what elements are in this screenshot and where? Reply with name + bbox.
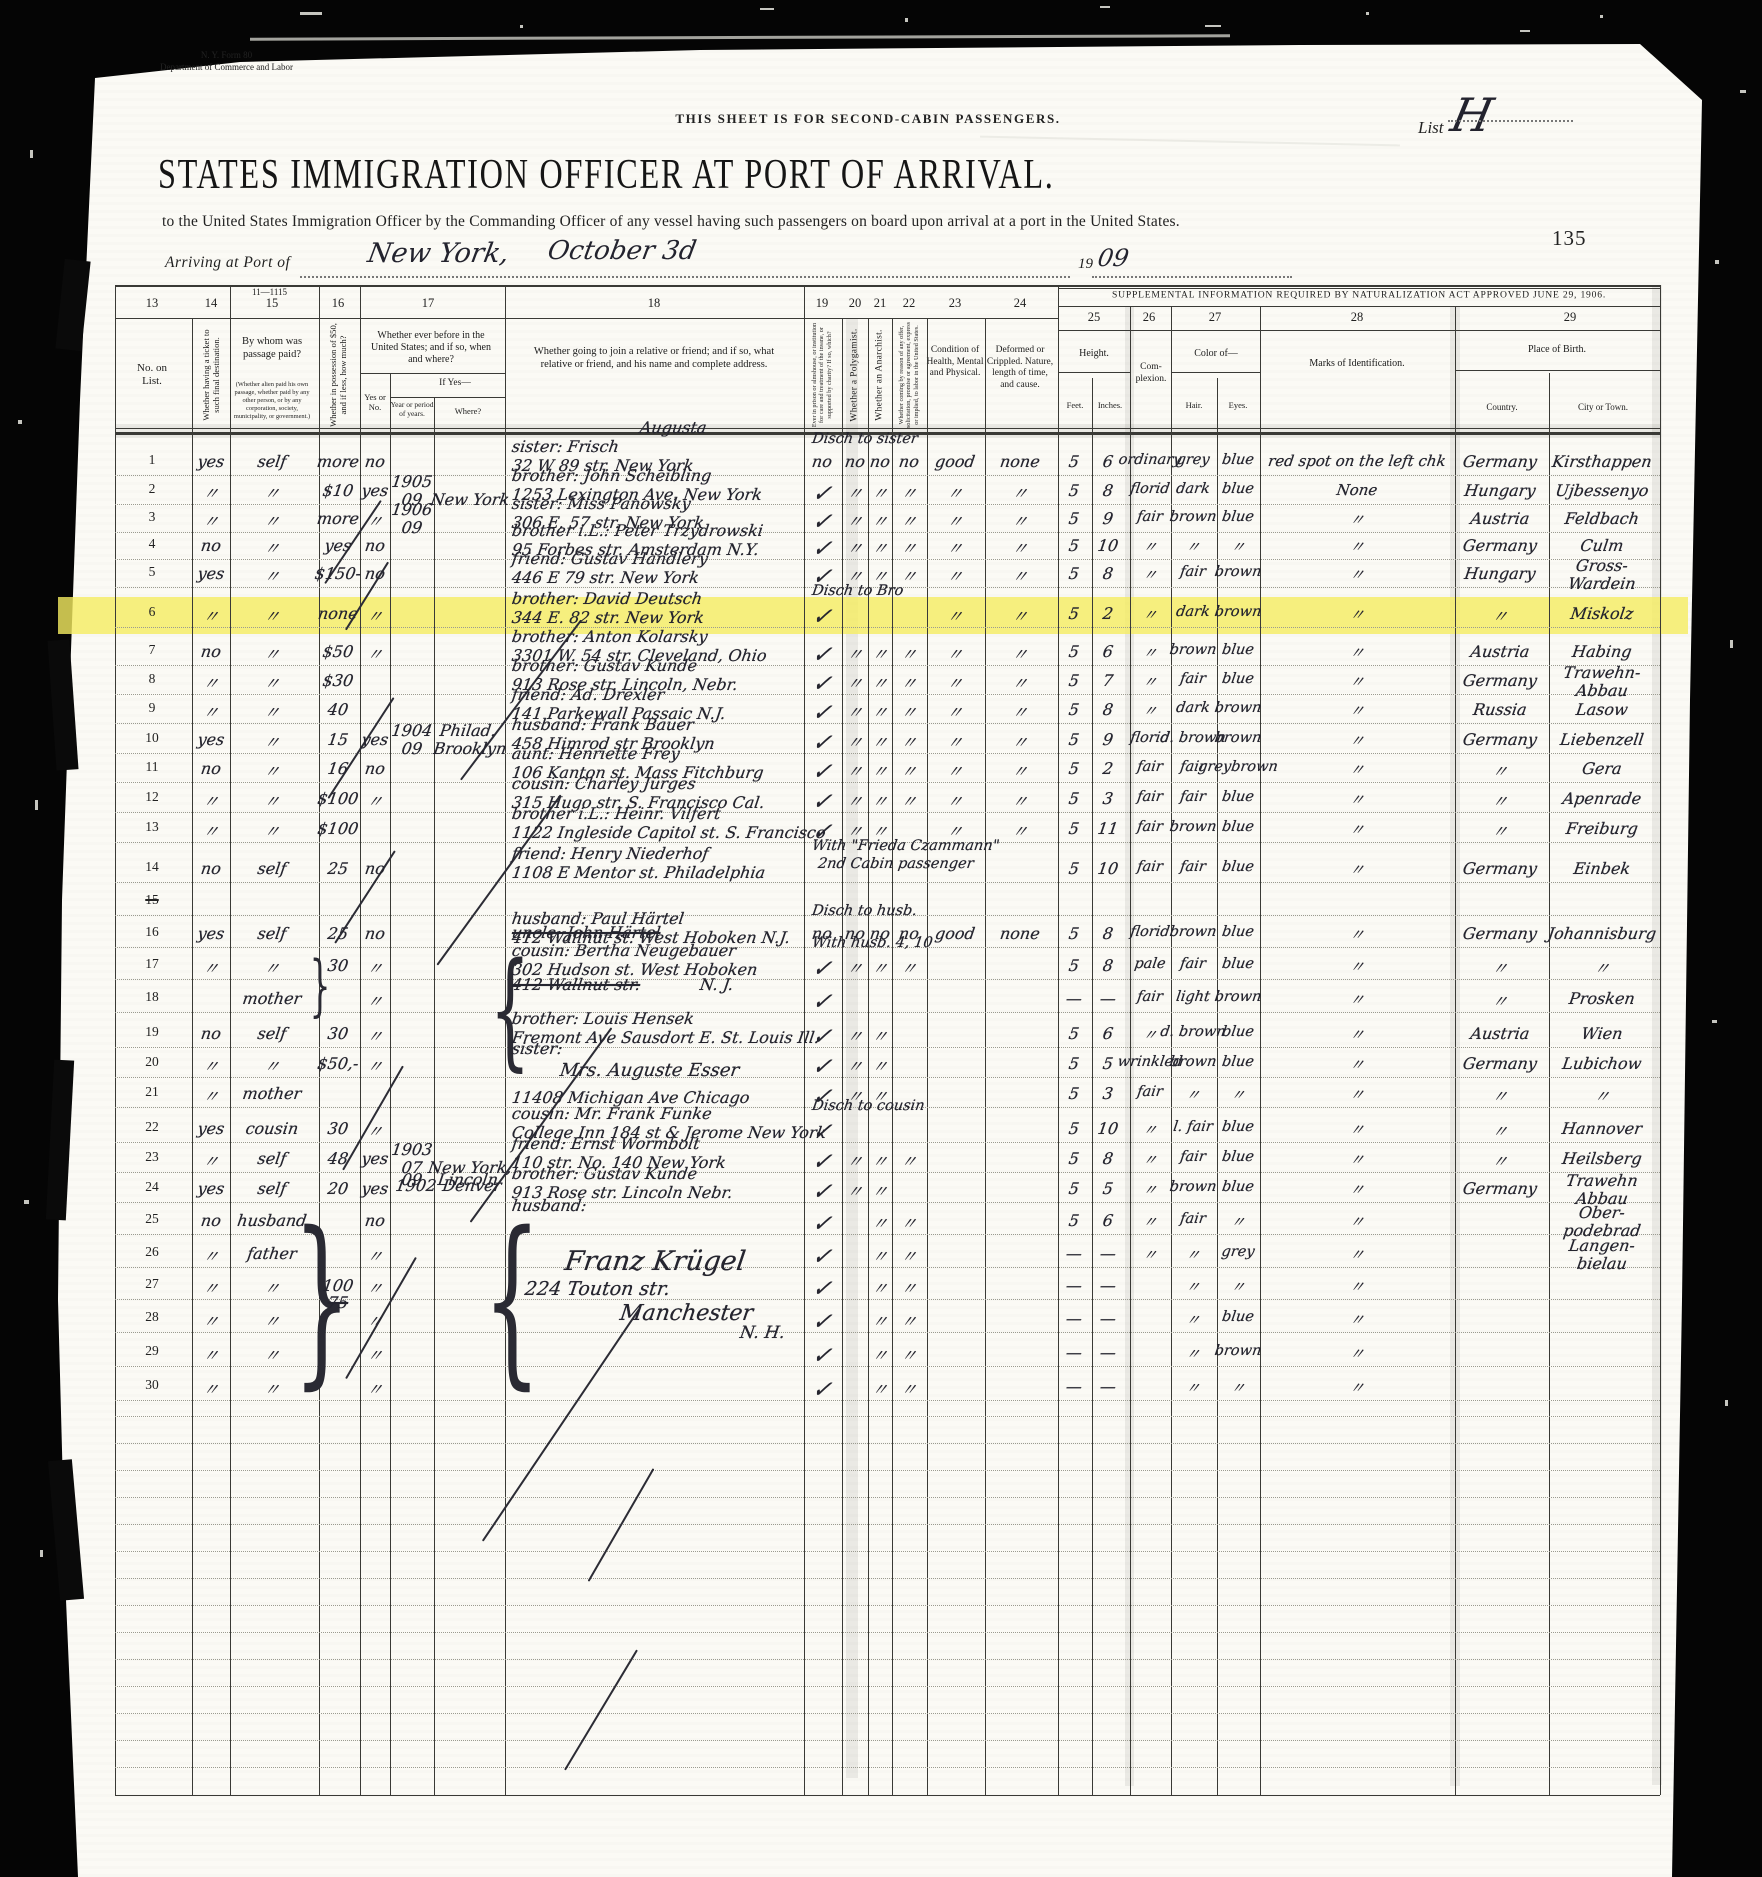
row-13-country: 〃 [1490, 819, 1509, 842]
row-14-compl: fair [1136, 859, 1164, 875]
row-dotted-line [115, 1605, 1660, 1606]
row-10-deform: 〃 [1010, 730, 1029, 753]
row-6-hair: dark [1175, 604, 1211, 620]
row-13-addr2: 1122 Ingleside Capitol st. S. Francisco [511, 823, 827, 842]
row-11-marks: 〃 [1348, 759, 1366, 780]
row-13-paid: 〃 [262, 819, 281, 842]
row-6-note: Disch to Bro [811, 583, 905, 599]
row-29-no: 29 [145, 1343, 159, 1359]
row-21-compl: fair [1136, 1084, 1164, 1100]
row-9-marks: 〃 [1348, 700, 1366, 721]
row-7-p20: 〃 [845, 642, 864, 665]
row-28-no: 28 [145, 1309, 159, 1325]
row-dotted-line [115, 559, 1660, 560]
row-7-no: 7 [149, 642, 156, 658]
row-3-year2: 09 [400, 518, 423, 537]
row-6-fifty: none [317, 604, 359, 623]
row-17-ticket: 〃 [201, 956, 220, 979]
row-9-eyes: brown [1214, 700, 1263, 716]
row-3-paid: 〃 [262, 509, 281, 532]
row-dotted-line [115, 1632, 1660, 1633]
row-1-country: Germany [1462, 452, 1539, 471]
col-num-28: 28 [1351, 310, 1364, 325]
row-1-paid: self [256, 452, 287, 471]
row-22-fifty: 30 [326, 1119, 349, 1138]
year-dotted-line [1092, 276, 1292, 278]
row-10-marks: 〃 [1348, 730, 1366, 751]
row-10-ticket: yes [196, 730, 225, 749]
grid-hline [1455, 370, 1660, 371]
row-17-addr1: cousin: Bertha Neugebauer [511, 941, 738, 960]
row-13-fifty: $100 [316, 819, 359, 838]
row-6-no: 6 [149, 604, 156, 620]
row-8-p22: 〃 [899, 671, 918, 694]
row-14-note: With "Frieda Czammann" [811, 838, 1001, 854]
row-dotted-line [115, 504, 1660, 505]
row-28-inches: — [1099, 1309, 1118, 1328]
year-printed: 19 [1078, 256, 1093, 273]
row-11-yn: no [364, 759, 387, 778]
grid-hline [115, 318, 1058, 319]
row-20-p20: 〃 [845, 1054, 864, 1077]
row-7-paid: 〃 [262, 642, 281, 665]
row-10-where: Philad. [439, 721, 498, 740]
row-2-eyes: blue [1221, 481, 1255, 497]
row-8-hair: fair [1179, 671, 1207, 687]
row-16-ticket: yes [196, 924, 225, 943]
row-4-p21: 〃 [870, 536, 889, 559]
row-7-health: 〃 [945, 642, 964, 665]
row-dotted-line [115, 1012, 1660, 1013]
row-18-compl: fair [1136, 989, 1164, 1005]
row-27-inches: — [1099, 1276, 1118, 1295]
row-15-no: 15 [145, 892, 159, 908]
row-30-p19: ✓ [811, 1377, 834, 1403]
row-1-hair: grey [1175, 452, 1210, 468]
row-20-city: Lubichow [1561, 1054, 1643, 1073]
row-14-addr1: friend: Henry Niederhof [511, 844, 710, 863]
row-24-hair: brown [1169, 1179, 1218, 1195]
row-23-year: 1903 [390, 1140, 433, 1159]
grid-vline [868, 318, 869, 1795]
row-19-country: Austria [1469, 1024, 1530, 1043]
row-12-p20: 〃 [845, 789, 864, 812]
row-21-ticket: 〃 [201, 1084, 220, 1107]
row-4-health: 〃 [945, 536, 964, 559]
row-25-eyes: 〃 [1229, 1211, 1246, 1232]
col-26-label: Com- plexion. [1129, 362, 1173, 385]
row-18-yn: 〃 [365, 989, 384, 1012]
row-2-compl: florid [1129, 481, 1171, 497]
row-21-city: 〃 [1592, 1084, 1611, 1107]
row-26-p22: 〃 [899, 1244, 918, 1267]
row-25-no: 25 [145, 1211, 159, 1227]
row-4-p20: 〃 [845, 536, 864, 559]
row-5-eyes: brown [1214, 564, 1263, 580]
row-19-no: 19 [145, 1024, 159, 1040]
row-30-inches: — [1099, 1377, 1118, 1396]
row-3-p22: 〃 [899, 509, 918, 532]
row-16-country: Germany [1462, 924, 1539, 943]
row-16-deform: none [999, 924, 1041, 943]
row-24-ticket: yes [196, 1179, 225, 1198]
row-dotted-line [115, 475, 1660, 476]
row-6-deform: 〃 [1010, 604, 1029, 627]
grid-hline [1058, 288, 1660, 289]
row-9-country: Russia [1472, 700, 1528, 719]
row-4-country: Germany [1462, 536, 1539, 555]
row-25-hair: fair [1179, 1211, 1207, 1227]
row-29-eyes: brown [1214, 1343, 1263, 1359]
grid-vline [360, 285, 361, 1795]
row-3-p21: 〃 [870, 509, 889, 532]
row-28-paid: 〃 [262, 1309, 281, 1332]
grid-hline [360, 373, 505, 374]
row-12-p22: 〃 [899, 789, 918, 812]
row-12-yn: 〃 [365, 789, 384, 812]
row-dotted-line [115, 1578, 1660, 1579]
row-29-paid: 〃 [262, 1343, 281, 1366]
row-24-where: Lincoln [437, 1170, 500, 1189]
highlight-row-6 [58, 597, 1688, 634]
row-10-addr1: husband: Frank Bauer [511, 715, 695, 734]
col-16-label: Whether in possession of $50, and if les… [328, 322, 348, 428]
col-num-26: 26 [1143, 310, 1156, 325]
row-7-marks: 〃 [1348, 642, 1366, 663]
row-24-addr1: brother: Gustav Kunde [511, 1164, 699, 1183]
col-27-label: Color of— [1173, 348, 1259, 360]
row-23-ticket: 〃 [201, 1149, 220, 1172]
col-num-23: 23 [949, 296, 962, 311]
row-9-p19: ✓ [811, 700, 834, 726]
row-dotted-line [115, 694, 1660, 695]
row-dotted-line [115, 1497, 1660, 1498]
row-8-city: Trawehn- [1562, 663, 1642, 682]
row-22-compl: 〃 [1141, 1119, 1158, 1140]
row-11-fifty: 16 [326, 759, 349, 778]
row-23-country: 〃 [1490, 1149, 1509, 1172]
row-29-ticket: 〃 [201, 1343, 220, 1366]
row-2-fifty: $10 [321, 481, 354, 500]
row-24-paid: self [256, 1179, 287, 1198]
row-9-p22: 〃 [899, 700, 918, 723]
row-18-marks: 〃 [1348, 989, 1366, 1010]
row-2-p22: 〃 [899, 481, 918, 504]
row-11-health: 〃 [945, 759, 964, 782]
row-10-where2: Brooklyn [432, 739, 507, 758]
row-22-hair: l. fair [1172, 1119, 1214, 1135]
row-22-note: Disch to cousin [811, 1098, 926, 1114]
row-dotted-line [115, 1470, 1660, 1471]
row-5-marks: 〃 [1348, 564, 1366, 585]
row-27-hair: 〃 [1184, 1276, 1201, 1297]
row-24-year: 09 [400, 1170, 423, 1189]
col-num-18: 18 [648, 296, 661, 311]
row-13-deform: 〃 [1010, 819, 1029, 842]
row-1-no: 1 [149, 452, 156, 468]
row-6-ticket: 〃 [201, 604, 220, 627]
row-21-country: 〃 [1490, 1084, 1509, 1107]
row-23-no: 23 [145, 1149, 159, 1165]
row-2-addr1: brother: John Scheibling [511, 466, 713, 485]
row-dotted-line [115, 665, 1660, 666]
arriving-label: Arriving at Port of [165, 254, 290, 272]
row-1-compl: ordinary [1118, 452, 1183, 468]
grid-vline [1058, 285, 1059, 1795]
row-16-marks: 〃 [1348, 924, 1366, 945]
row-3-addr1: sister: Miss Panowsky [511, 494, 692, 513]
col-num-24: 24 [1014, 296, 1027, 311]
row-14-city: Einbek [1572, 859, 1631, 878]
col-17-ifyes: If Yes— [420, 378, 490, 390]
row-22-ticket: yes [196, 1119, 225, 1138]
row-5-addr1: friend: Gustav Handlery [511, 549, 710, 568]
row-5-country: Hungary [1463, 564, 1537, 583]
row-7-ticket: no [200, 642, 223, 661]
col-27-hair: Hair. [1171, 400, 1217, 410]
col-21-label: Whether an Anarchist. [874, 322, 885, 428]
row-1-health: good [934, 452, 976, 471]
row-17-p19: ✓ [811, 956, 834, 982]
col-num-21: 21 [874, 296, 887, 311]
grid-vline [927, 318, 928, 1795]
col-20-label: Whether a Polygamist. [849, 322, 860, 428]
row-18-feet: — [1065, 989, 1084, 1008]
row-19-hair: d. brown [1159, 1024, 1226, 1040]
row-2-deform: 〃 [1010, 481, 1029, 504]
row-20-p21: 〃 [870, 1054, 889, 1077]
row-17-yn: 〃 [365, 956, 384, 979]
col-28-label: Marks of Identification. [1267, 358, 1447, 370]
row-30-eyes: 〃 [1229, 1377, 1246, 1398]
row-6-paid: 〃 [262, 604, 281, 627]
col-27-eyes: Eyes. [1215, 400, 1261, 410]
row-27-no: 27 [145, 1276, 159, 1292]
row-26-feet: — [1065, 1244, 1084, 1263]
row-27-yn: 〃 [365, 1276, 384, 1299]
row-13-ticket: 〃 [201, 819, 220, 842]
row-19-eyes: blue [1221, 1024, 1255, 1040]
row-3-marks: 〃 [1348, 509, 1366, 530]
row-30-hair: 〃 [1184, 1377, 1201, 1398]
row-13-compl: fair [1136, 819, 1164, 835]
col-29-label: Place of Birth. [1467, 344, 1647, 356]
grid-vline [192, 318, 193, 1795]
row-14-eyes: blue [1221, 859, 1255, 875]
row-8-eyes: blue [1221, 671, 1255, 687]
row-28-ticket: 〃 [201, 1309, 220, 1332]
row-30-no: 30 [145, 1377, 159, 1393]
row-26-eyes: grey [1220, 1244, 1255, 1260]
row-11-eyes: greybrown [1197, 759, 1279, 775]
row-24-marks: 〃 [1348, 1179, 1366, 1200]
col-25-feet: Feet. [1058, 400, 1092, 410]
row-19-p20: 〃 [845, 1024, 864, 1047]
row-28-yn: 〃 [365, 1309, 384, 1332]
grid-vline [892, 318, 893, 1795]
row-14-fifty: 25 [326, 859, 349, 878]
row-20-extra: Mrs. Auguste Esser [559, 1060, 741, 1081]
row-20-fifty: $50,- [316, 1054, 360, 1073]
row-8-no: 8 [149, 671, 156, 687]
row-25-p21: 〃 [870, 1211, 889, 1234]
row-24-city: Trawehn [1565, 1171, 1639, 1190]
row-1-p22: no [898, 452, 921, 471]
row-16-compl: florid [1129, 924, 1171, 940]
row-2-p21: 〃 [870, 481, 889, 504]
form-number-tab: N. Y. Form 80 Department of Commerce and… [160, 50, 293, 73]
row-22-yn: 〃 [365, 1119, 384, 1142]
col-17-yesno: Yes or No. [358, 392, 392, 413]
row-6-yn: 〃 [365, 604, 384, 627]
row-24-country: Germany [1462, 1179, 1539, 1198]
row-24-p19: ✓ [811, 1179, 834, 1205]
col-num-15: 15 [266, 296, 279, 311]
col-num-17: 17 [422, 296, 435, 311]
grid-vline [230, 285, 231, 1795]
row-10-p21: 〃 [870, 730, 889, 753]
grid-hline [390, 397, 505, 398]
row-6-addr2: 344 E. 82 str. New York [511, 608, 706, 627]
row-3-p19: ✓ [811, 509, 834, 535]
row-9-compl: 〃 [1141, 700, 1158, 721]
row-25-yn: no [364, 1211, 387, 1230]
row-1-yn: no [364, 452, 387, 471]
row-1-addr1: sister: Frisch [511, 437, 621, 456]
row-27-p21: 〃 [870, 1276, 889, 1299]
row-1-p21: no [869, 452, 892, 471]
row-23-p19: ✓ [811, 1149, 834, 1175]
row-26-hair: 〃 [1184, 1244, 1201, 1265]
row-3-country: Austria [1469, 509, 1530, 528]
row-17-country: 〃 [1490, 956, 1509, 979]
row-10-health: 〃 [945, 730, 964, 753]
grid-vline [1260, 306, 1261, 1795]
row-4-p19: ✓ [811, 536, 834, 562]
row-29-p19: ✓ [811, 1343, 834, 1369]
row-11-no: 11 [146, 759, 159, 775]
row-13-addr1: brother i.L.: Heinr. Vilfert [511, 804, 722, 823]
row-19-ticket: no [200, 1024, 223, 1043]
col-19-label: Ever in prison or almshouse, or institut… [811, 319, 833, 431]
row-19-compl: 〃 [1141, 1024, 1158, 1045]
row-26-no: 26 [145, 1244, 159, 1260]
row-17-hair: fair [1179, 956, 1207, 972]
grid-hline [115, 285, 1660, 287]
row-16-yn: no [364, 924, 387, 943]
row-dotted-line [115, 812, 1660, 813]
row-26-extra: Franz Krügel [563, 1246, 748, 1277]
row-22-p19: ✓ [811, 1119, 834, 1145]
row-30-p22: 〃 [899, 1377, 918, 1400]
row-2-p19: ✓ [811, 481, 834, 507]
document-scan: N. Y. Form 80 Department of Commerce and… [0, 0, 1762, 1877]
row-26-p21: 〃 [870, 1244, 889, 1267]
row-23-compl: 〃 [1141, 1149, 1158, 1170]
row-9-city: Lasow [1575, 700, 1629, 719]
row-5-city: Gross- [1575, 556, 1630, 575]
row-12-p19: ✓ [811, 789, 834, 815]
row-13-inches: 11 [1096, 819, 1119, 838]
row-28-p22: 〃 [899, 1309, 918, 1332]
row-18-inches: — [1099, 989, 1118, 1008]
row-7-addr1: brother: Anton Kolarsky [511, 627, 709, 646]
row-14-addr2: 1108 E Mentor st. Philadelphia [511, 863, 767, 882]
row-9-p20: 〃 [845, 700, 864, 723]
col-14-label: Whether having a ticket to such final de… [201, 322, 221, 428]
row-1-p20: no [844, 452, 867, 471]
row-20-no: 20 [145, 1054, 159, 1070]
row-25-addr1: husband: [511, 1196, 588, 1215]
row-4-compl: 〃 [1141, 536, 1158, 557]
row-4-marks: 〃 [1348, 536, 1366, 557]
row-17-marks: 〃 [1348, 956, 1366, 977]
row-1-deform: none [999, 452, 1041, 471]
row-7-city: Habing [1571, 642, 1633, 661]
year-handwritten: 09 [1096, 244, 1131, 272]
grid-vline [1130, 306, 1131, 1795]
row-3-eyes: blue [1221, 509, 1255, 525]
row-11-p22: 〃 [899, 759, 918, 782]
row-12-hair: fair [1179, 789, 1207, 805]
row-dotted-line [115, 882, 1660, 883]
col-num-27: 27 [1209, 310, 1222, 325]
row-11-city: Gera [1581, 759, 1623, 778]
row-6-city: Miskolz [1569, 604, 1634, 623]
col-num-22: 22 [903, 296, 916, 311]
row-21-hair: 〃 [1184, 1084, 1201, 1105]
row-3-p20: 〃 [845, 509, 864, 532]
row-9-fifty: 40 [326, 700, 349, 719]
col-13-label: No. on List. [127, 362, 177, 389]
row-19-city: Wien [1580, 1024, 1624, 1043]
col-num-25: 25 [1088, 310, 1101, 325]
form-line1: N. Y. Form 80 [160, 50, 293, 62]
row-16-health: good [934, 924, 976, 943]
row-25-p22: 〃 [899, 1211, 918, 1234]
row-dotted-line [115, 1659, 1660, 1660]
row-3-fifty: more [316, 509, 361, 528]
row-8-compl: 〃 [1141, 671, 1158, 692]
row-28-p19: ✓ [811, 1309, 834, 1335]
row-19-fifty: 30 [326, 1024, 349, 1043]
row-5-health: 〃 [945, 564, 964, 587]
scan-streak [250, 34, 1230, 40]
row-11-p20: 〃 [845, 759, 864, 782]
row-17-no: 17 [145, 956, 159, 972]
row-2-marks: None [1335, 481, 1378, 499]
grid-hline [115, 1795, 1660, 1796]
row-20-paid: 〃 [262, 1054, 281, 1077]
row-16-fifty: 25 [326, 924, 349, 943]
row-8-marks: 〃 [1348, 671, 1366, 692]
port-dotted-line [300, 276, 1070, 278]
col-23-label: Condition of Health, Mental and Physical… [925, 345, 985, 380]
row-23-hair: fair [1179, 1149, 1207, 1165]
row-30-ticket: 〃 [201, 1377, 220, 1400]
row-10-eyes: brown [1214, 730, 1263, 746]
row-4-city: Culm [1579, 536, 1625, 555]
row-2-where2: New York [429, 490, 510, 509]
row-9-addr1: friend: Ad. Drexler [511, 685, 666, 704]
grid-vline [434, 397, 435, 1795]
row-11-addr1: aunt: Henriette Frey [511, 744, 681, 763]
grid-hline [1171, 372, 1260, 373]
row-12-ticket: 〃 [201, 789, 220, 812]
row-23-city: Heilsberg [1561, 1149, 1643, 1168]
row-17-extra: uncle: John Härtel [511, 923, 662, 942]
row-9-deform: 〃 [1010, 700, 1029, 723]
